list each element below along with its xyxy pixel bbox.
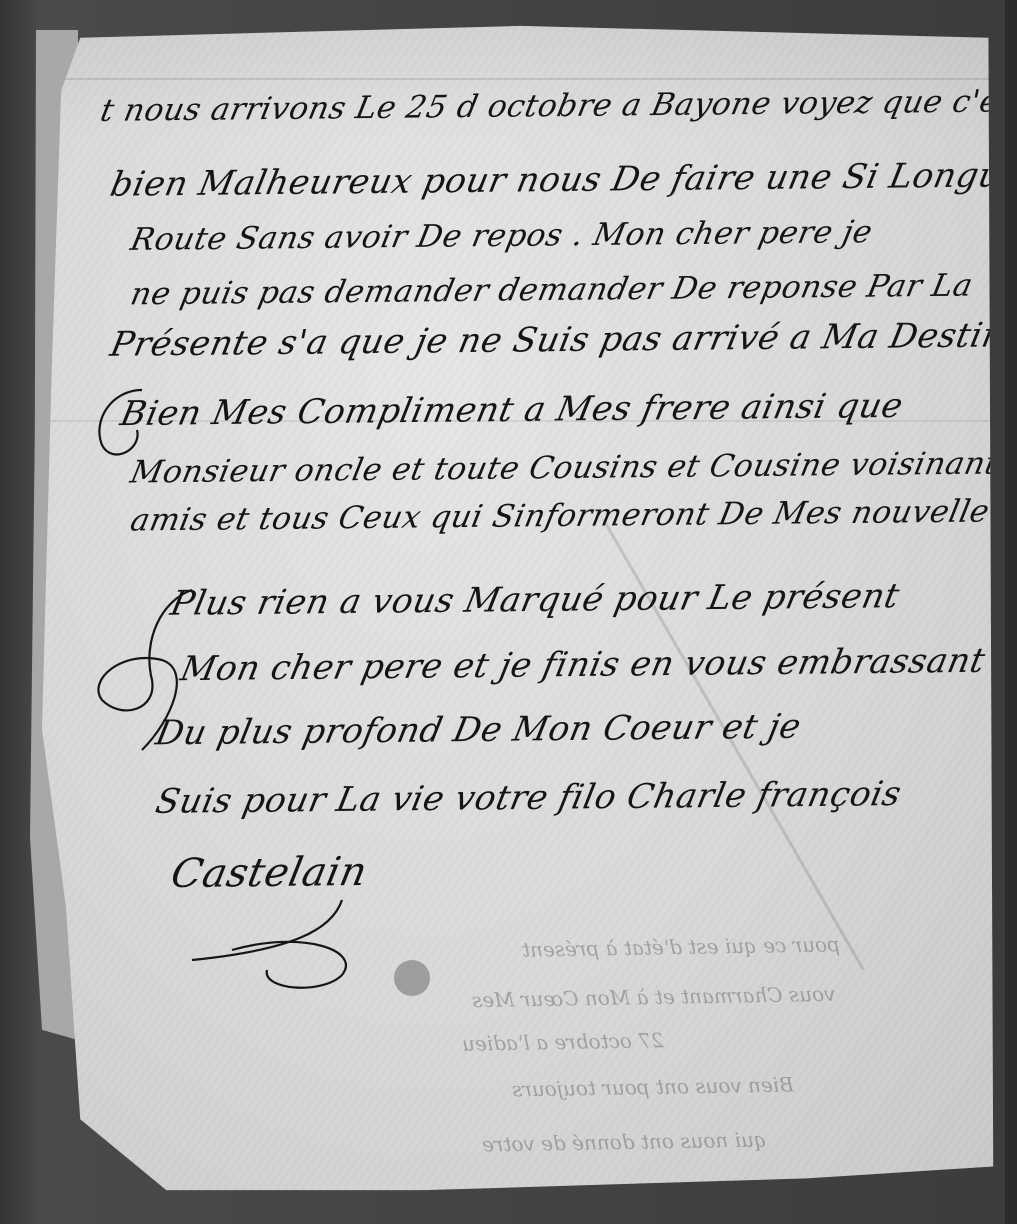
bleed-through-line: Bien vous ont pour toujours (512, 1073, 794, 1102)
letter-line-7: Monsieur oncle et toute Cousins et Cousi… (127, 445, 1002, 490)
bleed-through-line: vous Charmant et à Mon Cœur Mes (472, 982, 836, 1012)
letter-line-2: bien Malheureux pour nous De faire une S… (107, 155, 1017, 205)
ink-stain (394, 960, 430, 996)
letter-paper: pour ce qui est d'état à présent vous Ch… (42, 20, 998, 1202)
scanner-edge (1005, 0, 1017, 1224)
letter-line-11: Du plus profond De Mon Coeur et je (152, 707, 804, 754)
fold-line-top (42, 78, 998, 80)
letter-line-1: t nous arrivons Le 25 d octobre a Bayone… (97, 83, 1017, 129)
bleed-through-line: 27 octobre a l'adieu (462, 1028, 664, 1056)
letter-line-6: Bien Mes Compliment a Mes frere ainsi qu… (117, 386, 906, 434)
letter-line-5: Présente s'a que je ne Suis pas arrivé a… (107, 315, 1017, 365)
letter-line-4: ne puis pas demander demander De reponse… (127, 268, 976, 313)
bleed-through-line: qui nous ont donné de votre (482, 1128, 767, 1157)
letter-line-10: Mon cher pere et je finis en vous embras… (177, 641, 989, 689)
signature-flourish-icon (172, 890, 392, 1000)
letter-line-8: amis et tous Ceux qui Sinformeront De Me… (127, 494, 992, 539)
letter-line-3: Route Sans avoir De repos . Mon cher per… (128, 214, 876, 258)
letter-line-9: Plus rien a vous Marqué pour Le présent (167, 576, 903, 624)
letter-line-12: Suis pour La vie votre filo Charle franç… (152, 774, 905, 822)
signature: Castelain (167, 849, 371, 897)
scanned-page: pour ce qui est d'état à présent vous Ch… (0, 0, 1017, 1224)
bleed-through-line: pour ce qui est d'état à présent (522, 932, 840, 962)
